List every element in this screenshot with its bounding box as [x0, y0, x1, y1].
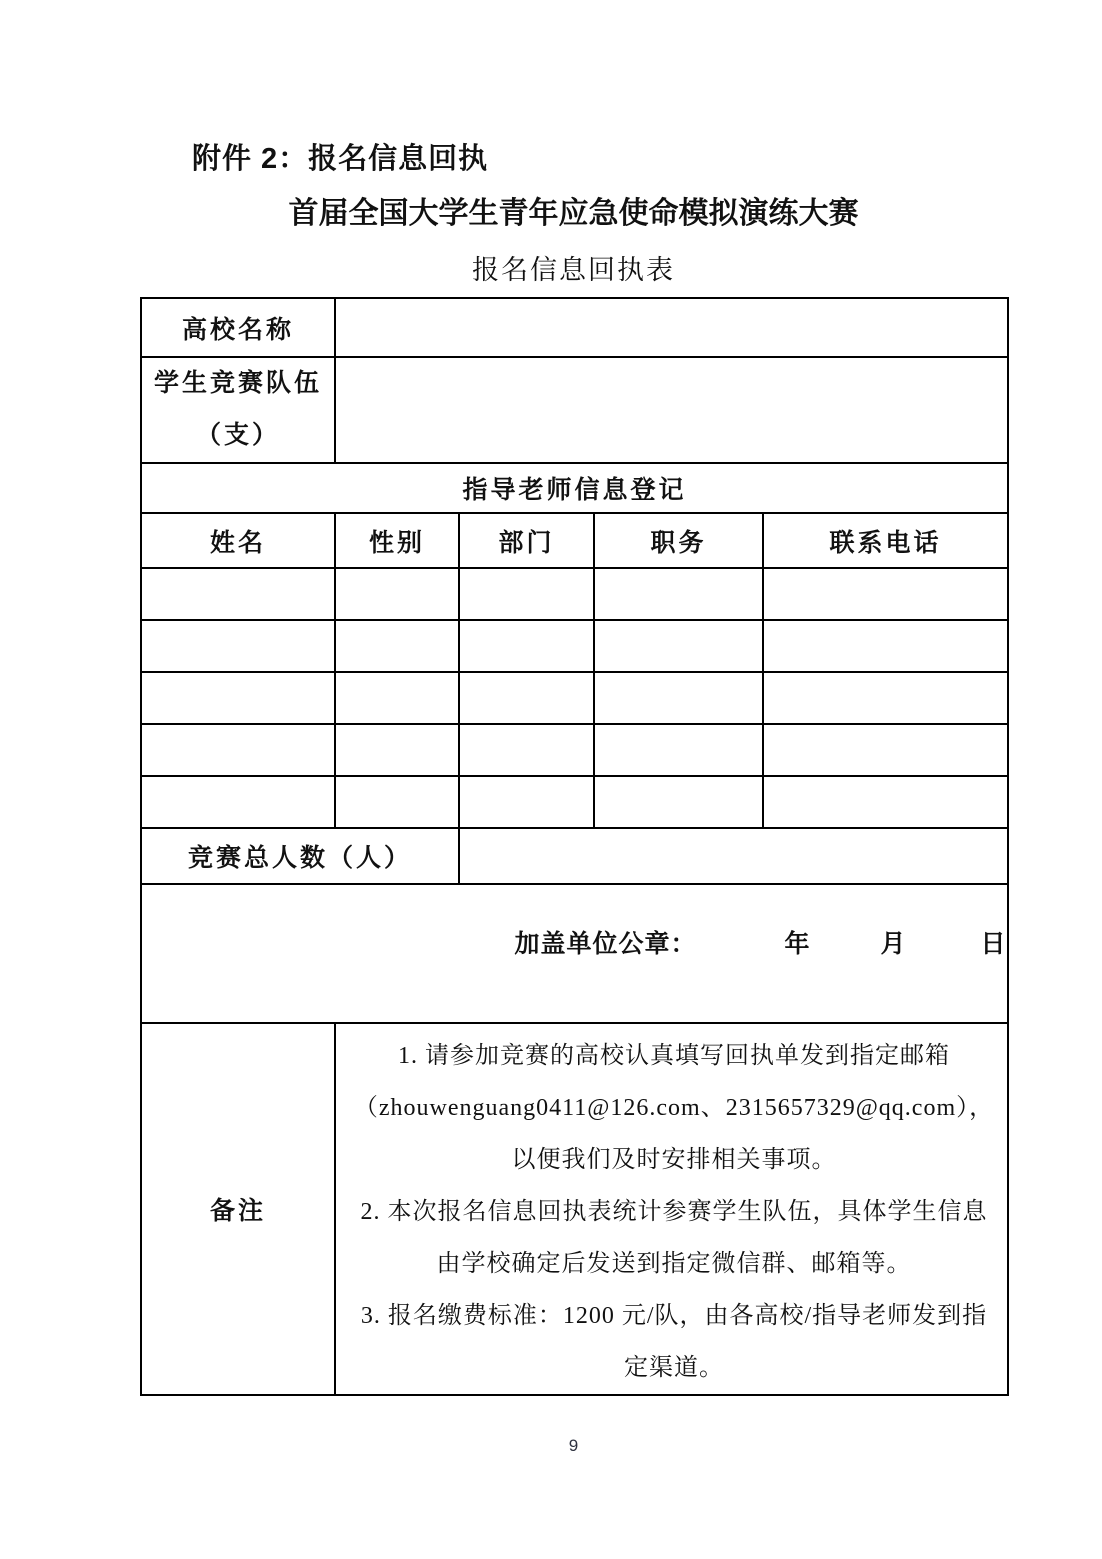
teacher-cell[interactable] [335, 568, 459, 620]
teacher-row-5 [141, 776, 1008, 828]
document-page: 附件 2：报名信息回执 首届全国大学生青年应急使命模拟演练大赛 报名信息回执表 … [0, 0, 1102, 1559]
stamp-label: 加盖单位公章： [514, 931, 696, 958]
note-line: 由学校确定后发送到指定微信群、邮箱等。 [353, 1238, 995, 1290]
team-count-label-line2: （支） [142, 410, 334, 462]
stamp-line: 加盖单位公章：年月日 [514, 931, 1006, 958]
total-participants-row: 竞赛总人数（人） [141, 828, 1008, 884]
teacher-cell[interactable] [594, 724, 763, 776]
teacher-cell[interactable] [335, 776, 459, 828]
note-line: 2. 本次报名信息回执表统计参赛学生队伍，具体学生信息 [353, 1186, 995, 1238]
team-count-row: 学生竞赛队伍 （支） [141, 357, 1008, 463]
teacher-cell[interactable] [335, 672, 459, 724]
teacher-row-3 [141, 672, 1008, 724]
page-number: 9 [140, 1436, 1007, 1456]
teacher-cell[interactable] [459, 776, 594, 828]
teacher-section-header: 指导老师信息登记 [141, 463, 1008, 513]
teacher-row-2 [141, 620, 1008, 672]
teacher-col-department: 部门 [459, 513, 594, 568]
note-line: 1. 请参加竞赛的高校认真填写回执单发到指定邮箱 [353, 1030, 995, 1082]
teacher-cell[interactable] [763, 568, 1008, 620]
teacher-cell[interactable] [141, 672, 335, 724]
note-line: （zhouwenguang0411@126.com、2315657329@qq.… [353, 1082, 995, 1134]
notes-row: 备注 1. 请参加竞赛的高校认真填写回执单发到指定邮箱 （zhouwenguan… [141, 1023, 1008, 1395]
teacher-cell[interactable] [594, 568, 763, 620]
teacher-header-row: 姓名 性别 部门 职务 联系电话 [141, 513, 1008, 568]
note-line: 以便我们及时安排相关事项。 [353, 1134, 995, 1186]
teacher-cell[interactable] [141, 776, 335, 828]
teacher-cell[interactable] [459, 672, 594, 724]
stamp-year-label: 年 [784, 931, 810, 958]
teacher-cell[interactable] [335, 724, 459, 776]
stamp-row: 加盖单位公章：年月日 [141, 884, 1008, 1023]
school-name-input-cell[interactable] [335, 298, 1008, 357]
total-participants-input-cell[interactable] [459, 828, 1008, 884]
notes-cell: 1. 请参加竞赛的高校认真填写回执单发到指定邮箱 （zhouwenguang04… [335, 1023, 1008, 1395]
document-content: 附件 2：报名信息回执 首届全国大学生青年应急使命模拟演练大赛 报名信息回执表 … [140, 0, 1007, 1456]
teacher-cell[interactable] [763, 620, 1008, 672]
attachment-heading: 附件 2：报名信息回执 [192, 142, 1007, 176]
form-title: 报名信息回执表 [140, 254, 1007, 286]
teacher-cell[interactable] [141, 724, 335, 776]
teacher-row-4 [141, 724, 1008, 776]
team-count-input-cell[interactable] [335, 357, 1008, 463]
stamp-cell[interactable]: 加盖单位公章：年月日 [141, 884, 1008, 1023]
note-line: 定渠道。 [353, 1342, 995, 1394]
teacher-cell[interactable] [594, 620, 763, 672]
teacher-col-gender: 性别 [335, 513, 459, 568]
teacher-cell[interactable] [459, 724, 594, 776]
teacher-col-position: 职务 [594, 513, 763, 568]
team-count-label: 学生竞赛队伍 （支） [141, 357, 335, 463]
competition-title: 首届全国大学生青年应急使命模拟演练大赛 [140, 196, 1007, 232]
school-name-label: 高校名称 [141, 298, 335, 357]
teacher-cell[interactable] [763, 724, 1008, 776]
team-count-label-line1: 学生竞赛队伍 [142, 358, 334, 410]
total-participants-label: 竞赛总人数（人） [141, 828, 459, 884]
school-name-row: 高校名称 [141, 298, 1008, 357]
teacher-cell[interactable] [141, 620, 335, 672]
teacher-col-phone: 联系电话 [763, 513, 1008, 568]
registration-table: 高校名称 学生竞赛队伍 （支） 指导老师信息登记 姓名 性别 部门 职务 联系电… [140, 297, 1009, 1396]
teacher-cell[interactable] [459, 568, 594, 620]
teacher-cell[interactable] [763, 672, 1008, 724]
note-line: 3. 报名缴费标准：1200 元/队，由各高校/指导老师发到指 [353, 1290, 995, 1342]
teacher-cell[interactable] [763, 776, 1008, 828]
stamp-month-label: 月 [881, 931, 907, 958]
stamp-day-label: 日 [981, 931, 1007, 958]
teacher-cell[interactable] [459, 620, 594, 672]
teacher-col-name: 姓名 [141, 513, 335, 568]
teacher-cell[interactable] [335, 620, 459, 672]
teacher-cell[interactable] [594, 776, 763, 828]
teacher-cell[interactable] [141, 568, 335, 620]
teacher-row-1 [141, 568, 1008, 620]
teacher-cell[interactable] [594, 672, 763, 724]
teacher-section-row: 指导老师信息登记 [141, 463, 1008, 513]
notes-label: 备注 [141, 1023, 335, 1395]
